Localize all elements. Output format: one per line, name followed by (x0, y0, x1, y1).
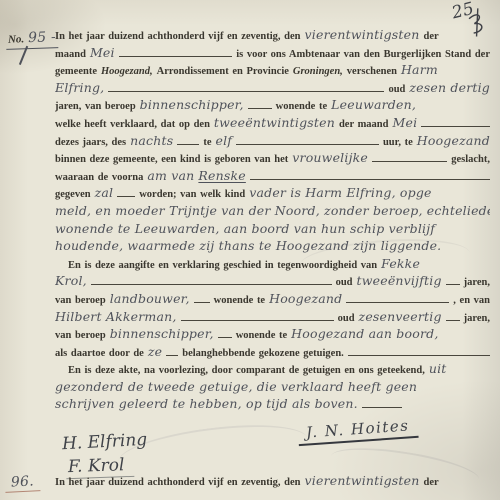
handwritten-text: wonende te Leeuwarden, aan boord van hun… (55, 221, 435, 236)
printed-text: van beroep (55, 295, 106, 306)
document-line: van beroeplandbouwer,wonende teHoogezand… (55, 291, 490, 309)
printed-text: Hoogezand, (101, 66, 153, 77)
document-line: schrijven geleerd te hebben, op tijd als… (55, 396, 490, 414)
handwritten-text: binnenschipper, (140, 97, 244, 112)
pen-stroke (19, 46, 28, 65)
printed-text: In het jaar duizend achthonderd vijf en … (55, 477, 301, 488)
printed-text: is voor ons Ambtenaar van den Burgerlijk… (236, 49, 490, 60)
no-label: No. (8, 33, 25, 46)
printed-text: jaren, (464, 313, 490, 324)
document-line: Krol,oudtweeënvijftigjaren, (55, 273, 490, 291)
printed-text: der (424, 477, 439, 488)
printed-text: worden; van welk kind (139, 189, 245, 200)
handwritten-text: gezonderd de tweede getuige, die verklaa… (55, 379, 417, 394)
fill-rule (348, 353, 490, 356)
fill-rule (181, 318, 334, 321)
document-line: dezes jaars, desnachtsteelfuur, teHoogez… (55, 133, 490, 151)
fill-rule (177, 142, 199, 145)
handwritten-text: zesen dertig (409, 80, 490, 95)
document-line: En is deze akte, na voorlezing, door com… (55, 361, 490, 379)
printed-text: welke heeft verklaard, dat op den (55, 119, 210, 130)
next-act-number: 96. (5, 473, 41, 493)
fill-rule (166, 353, 178, 356)
document-line: maandMeiis voor ons Ambtenaar van den Bu… (55, 45, 490, 63)
handwritten-text: Krol, (55, 273, 87, 288)
handwritten-text: Hilbert Akkerman, (55, 309, 177, 324)
printed-text: , en van (453, 295, 490, 306)
handwritten-text: am van (147, 168, 194, 183)
printed-text: En is deze akte, na voorlezing, door com… (68, 365, 425, 376)
printed-text: wonende te (236, 330, 287, 341)
document-line: waaraan de voornaam vanRenske (55, 168, 490, 186)
document-line: In het jaar duizend achthonderd vijf en … (55, 27, 490, 45)
fill-rule (108, 89, 384, 92)
registry-page: 25 No. 95 - In het jaar duizend achthond… (0, 0, 500, 500)
handwritten-text: vierentwintigsten (305, 27, 420, 42)
printed-text: oud (336, 277, 353, 288)
document-line: welke heeft verklaard, dat op dentweeënt… (55, 115, 490, 133)
handwritten-text: Hoogezand (417, 133, 490, 148)
handwritten-text: Renske (198, 168, 245, 183)
printed-text: wonende te (276, 101, 327, 112)
handwritten-text: Leeuwarden, (331, 97, 416, 112)
fill-rule (362, 405, 402, 408)
document-line: jaren, van beroepbinnenschipper,wonende … (55, 97, 490, 115)
document-line: Elfring,oudzesen dertig (55, 80, 490, 98)
printed-text: oud (388, 84, 405, 95)
printed-text: binnen deze gemeente, een kind is gebore… (55, 154, 288, 165)
signature-official: J. N. Hoites (297, 416, 418, 446)
handwritten-text: zal (95, 185, 114, 200)
printed-text: gemeente (55, 66, 97, 77)
printed-text: gegeven (55, 189, 91, 200)
printed-text: geslacht, (451, 154, 490, 165)
handwritten-text: schrijven geleerd te hebben, op tijd als… (55, 396, 358, 411)
fill-rule (194, 300, 210, 303)
printed-text: te (203, 137, 211, 148)
folio-number: 25 (450, 0, 476, 23)
handwritten-text: zesenveertig (359, 309, 442, 324)
printed-text: Groningen, (293, 66, 343, 77)
printed-text: Arrondissement en Provincie (157, 66, 289, 77)
document-line: gemeenteHoogezand,Arrondissement en Prov… (55, 62, 490, 80)
fill-rule (250, 177, 490, 180)
handwritten-text: uit (429, 361, 447, 376)
handwritten-text: meld, en moeder Trijntje van der Noord, … (55, 203, 490, 218)
document-line: als daartoe door dezebelanghebbende geko… (55, 344, 490, 362)
fill-rule (372, 159, 447, 162)
printed-text: der maand (339, 119, 389, 130)
fill-rule (236, 142, 379, 145)
handwritten-text: vierentwintigsten (305, 473, 420, 488)
document-line: gegevenzalworden; van welk kindvader is … (55, 185, 490, 203)
handwritten-text: binnenschipper, (110, 326, 214, 341)
handwritten-text: Hoogezand (269, 291, 342, 306)
handwritten-text: elf (216, 133, 233, 148)
act-number-margin: No. 95 - (6, 28, 59, 50)
document-line: gezonderd de tweede getuige, die verklaa… (55, 379, 490, 397)
handwritten-text: Harm (401, 62, 438, 77)
document-line: van beroepbinnenschipper,wonende teHooge… (55, 326, 490, 344)
fill-rule (446, 282, 460, 285)
fill-rule (119, 54, 232, 57)
document-line: meld, en moeder Trijntje van der Noord, … (55, 203, 490, 221)
document-line: binnen deze gemeente, een kind is gebore… (55, 150, 490, 168)
fill-rule (421, 124, 490, 127)
handwritten-text: tweeëntwintigsten (214, 115, 335, 130)
handwritten-text: nachts (130, 133, 173, 148)
fill-rule (117, 194, 135, 197)
printed-text: dezes jaars, des (55, 137, 126, 148)
printed-text: jaren, (464, 277, 490, 288)
fill-rule (218, 335, 232, 338)
handwritten-text: landbouwer, (110, 291, 190, 306)
printed-text: der (424, 31, 439, 42)
printed-text: verschenen (347, 66, 397, 77)
printed-text: jaren, van beroep (55, 101, 136, 112)
document-line: wonende te Leeuwarden, aan boord van hun… (55, 221, 490, 239)
document-line: Hilbert Akkerman,oudzesenveertigjaren, (55, 309, 490, 327)
printed-text: wonende te (214, 295, 265, 306)
act-number: 95 - (28, 29, 56, 46)
fill-rule (346, 300, 449, 303)
fill-rule (248, 106, 272, 109)
next-act-first-line: In het jaar duizend achthonderd vijf en … (55, 473, 490, 491)
printed-text: belanghebbende gekozene getuigen. (182, 348, 344, 359)
handwritten-text: Mei (393, 115, 418, 130)
handwritten-text: Elfring, (55, 80, 104, 95)
handwritten-text: vrouwelijke (292, 150, 368, 165)
printed-text: In het jaar duizend achthonderd vijf en … (55, 31, 301, 42)
printed-text: van beroep (55, 330, 106, 341)
printed-text: maand (55, 49, 86, 60)
handwritten-text: vader is Harm Elfring, opge (249, 185, 431, 200)
printed-text: uur, te (383, 137, 413, 148)
handwritten-text: ze (148, 344, 162, 359)
handwritten-text: Hoogezand aan boord, (291, 326, 438, 341)
act-text-body: In het jaar duizend achthonderd vijf en … (55, 27, 490, 414)
printed-text: oud (338, 313, 355, 324)
fill-rule (446, 318, 460, 321)
handwritten-text: Mei (90, 45, 115, 60)
printed-text: als daartoe door de (55, 348, 144, 359)
printed-text: waaraan de voorna (55, 172, 143, 183)
fill-rule (91, 282, 332, 285)
next-act-start: 96. In het jaar duizend achthonderd vijf… (0, 473, 490, 491)
